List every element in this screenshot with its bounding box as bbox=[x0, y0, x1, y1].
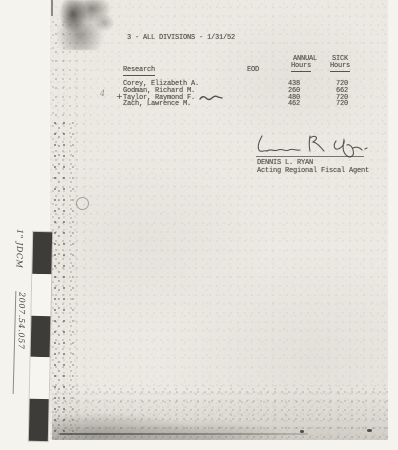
strikeout-squiggle bbox=[199, 94, 223, 102]
ink-dot bbox=[300, 430, 304, 433]
toner-speckle-bottom bbox=[52, 385, 388, 440]
scale-block-dark bbox=[31, 315, 51, 357]
scale-block-dark bbox=[32, 232, 52, 274]
scale-block-light bbox=[31, 274, 51, 316]
sick-hours-value: 720 bbox=[325, 101, 348, 108]
handwritten-margin-mark: 4 bbox=[100, 89, 105, 98]
photo-scale-bar bbox=[28, 231, 53, 442]
paper-top-left-edge-line bbox=[51, 0, 53, 16]
paper-bottom-edge-shadow bbox=[60, 433, 308, 435]
employee-name: Zach, Lawrence M. bbox=[123, 101, 191, 108]
signatory-title: Acting Regional Fiscal Agent bbox=[257, 168, 369, 175]
scale-block-dark bbox=[29, 399, 49, 441]
table-row: Zach, Lawrence M. 462 720 bbox=[123, 101, 363, 108]
hole-punch-mark bbox=[76, 197, 89, 210]
ink-dot bbox=[367, 429, 372, 432]
column-header-eod: EOD bbox=[247, 67, 259, 74]
scale-block-light bbox=[30, 357, 50, 399]
annual-hours-value: 462 bbox=[278, 101, 300, 108]
column-header-sick-hours: Hours bbox=[330, 63, 350, 72]
column-header-annual-hours: Hours bbox=[291, 63, 311, 72]
signature-line bbox=[256, 156, 364, 157]
scale-label-inch-jdcm: 1" JDCM bbox=[15, 229, 25, 269]
accession-number: 2007.54.057 bbox=[16, 292, 26, 350]
handwritten-plus-mark: + bbox=[116, 92, 123, 101]
scanned-document-photo: 3 - ALL DIVISIONS - 1/31/52 ANNUAL Hours… bbox=[0, 0, 398, 450]
column-header-research: Research bbox=[123, 67, 155, 76]
accession-number-underline bbox=[12, 291, 16, 394]
signatory-name: DENNIS L. RYAN bbox=[257, 160, 313, 167]
document-title: 3 - ALL DIVISIONS - 1/31/52 bbox=[127, 35, 235, 42]
